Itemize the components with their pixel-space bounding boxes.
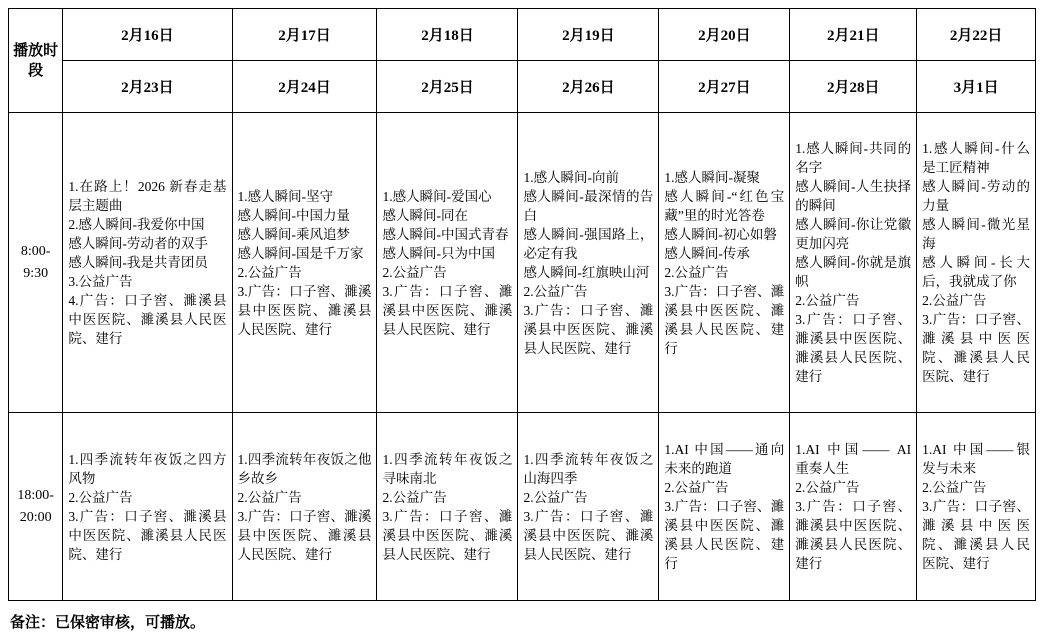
- program-cell: 1.AI 中国—— AI 重奏人生 2.公益广告 3.广告：口子窖、濉溪县中医医…: [790, 413, 917, 601]
- time-slot-label: 8:00-9:30: [9, 113, 63, 413]
- schedule-row-morning: 8:00-9:30 1.在路上！2026 新春走基层主题曲 2.感人瞬间-我爱你…: [9, 113, 1036, 413]
- date-cell: 2月17日: [232, 9, 377, 61]
- broadcast-schedule-table: 播放时段 2月16日 2月17日 2月18日 2月19日 2月20日 2月21日…: [8, 8, 1036, 601]
- time-slot-header: 播放时段: [9, 9, 63, 113]
- date-cell: 2月22日: [917, 9, 1036, 61]
- date-cell: 2月16日: [63, 9, 232, 61]
- date-cell: 3月1日: [917, 61, 1036, 113]
- date-cell: 2月25日: [377, 61, 518, 113]
- program-cell: 1.AI 中国——通向未来的跑道 2.公益广告 3.广告：口子窖、濉溪县中医医院…: [659, 413, 790, 601]
- date-cell: 2月21日: [790, 9, 917, 61]
- program-cell: 1.四季流转年夜饭之他乡故乡 2.公益广告 3.广告：口子窖、濉溪县中医医院、濉…: [232, 413, 377, 601]
- schedule-page: 播放时段 2月16日 2月17日 2月18日 2月19日 2月20日 2月21日…: [0, 0, 1044, 634]
- date-cell: 2月23日: [63, 61, 232, 113]
- program-cell: 1.在路上！2026 新春走基层主题曲 2.感人瞬间-我爱你中国 感人瞬间-劳动…: [63, 113, 232, 413]
- program-cell: 1.感人瞬间-什么是工匠精神 感人瞬间-劳动的力量 感人瞬间-微光星海 感人瞬间…: [917, 113, 1036, 413]
- program-cell: 1.AI 中国——银发与未来 2.公益广告 3.广告：口子窖、濉溪县中医医院、濉…: [917, 413, 1036, 601]
- program-cell: 1.感人瞬间-爱国心 感人瞬间-同在 感人瞬间-中国式青春 感人瞬间-只为中国 …: [377, 113, 518, 413]
- date-cell: 2月20日: [659, 9, 790, 61]
- date-cell: 2月18日: [377, 9, 518, 61]
- date-cell: 2月26日: [518, 61, 659, 113]
- program-cell: 1.感人瞬间-坚守 感人瞬间-中国力量 感人瞬间-乘风追梦 感人瞬间-国是千万家…: [232, 113, 377, 413]
- date-cell: 2月27日: [659, 61, 790, 113]
- time-slot-label: 18:00-20:00: [9, 413, 63, 601]
- program-cell: 1.四季流转年夜饭之寻味南北 2.公益广告 3.广告：口子窖、濉溪县中医医院、濉…: [377, 413, 518, 601]
- program-cell: 1.四季流转年夜饭之四方风物 2.公益广告 3.广告：口子窖、濉溪县中医医院、濉…: [63, 413, 232, 601]
- date-cell: 2月24日: [232, 61, 377, 113]
- program-cell: 1.感人瞬间-共同的名字 感人瞬间-人生抉择的瞬间 感人瞬间-你让党徽更加闪亮 …: [790, 113, 917, 413]
- date-cell: 2月28日: [790, 61, 917, 113]
- program-cell: 1.感人瞬间-凝聚 感人瞬间-“红色宝藏”里的时光答卷 感人瞬间-初心如磐 感人…: [659, 113, 790, 413]
- date-cell: 2月19日: [518, 9, 659, 61]
- schedule-row-evening: 18:00-20:00 1.四季流转年夜饭之四方风物 2.公益广告 3.广告：口…: [9, 413, 1036, 601]
- date-header-row-week1: 播放时段 2月16日 2月17日 2月18日 2月19日 2月20日 2月21日…: [9, 9, 1036, 61]
- date-header-row-week2: 2月23日 2月24日 2月25日 2月26日 2月27日 2月28日 3月1日: [9, 61, 1036, 113]
- remark-note: 备注：已保密审核，可播放。: [10, 611, 1036, 632]
- program-cell: 1.感人瞬间-向前 感人瞬间-最深情的告白 感人瞬间-强国路上，必定有我 感人瞬…: [518, 113, 659, 413]
- program-cell: 1.四季流转年夜饭之山海四季 2.公益广告 3.广告：口子窖、濉溪县中医医院、濉…: [518, 413, 659, 601]
